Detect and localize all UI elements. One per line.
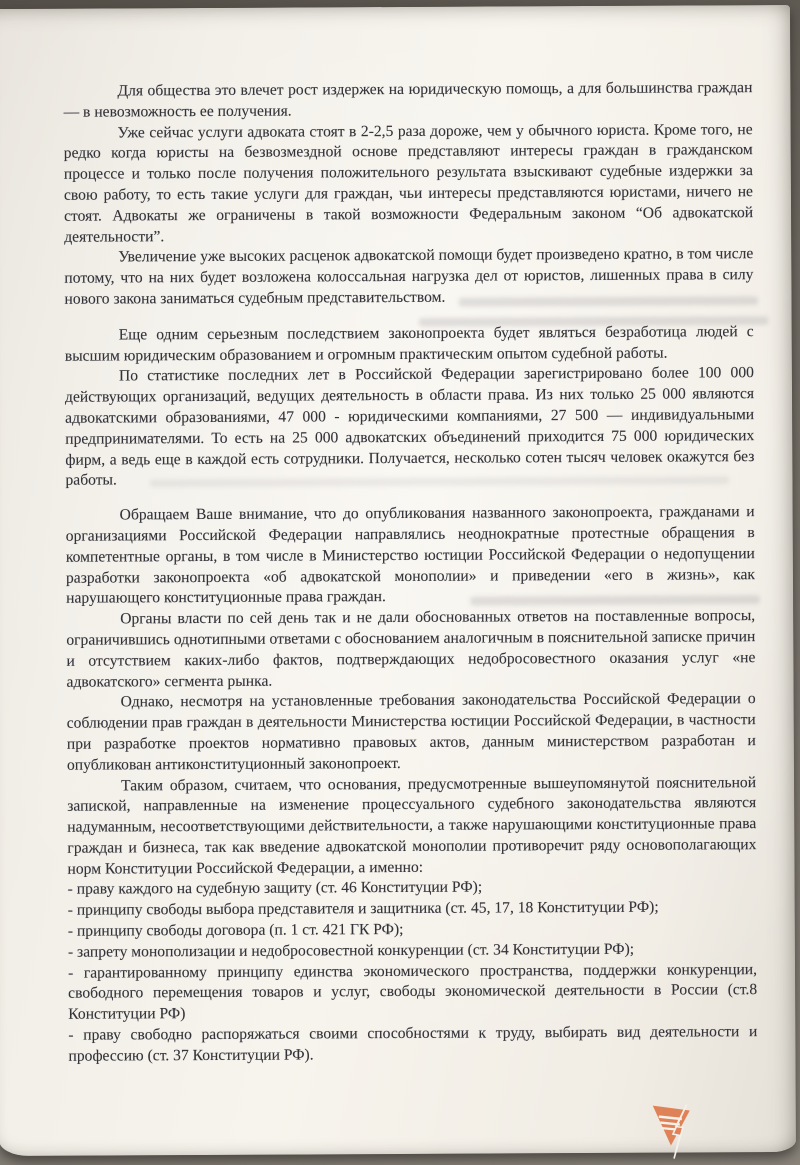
paragraph: Однако, несмотря на установленные требов… bbox=[67, 689, 756, 776]
list-item: - праву свободно распоряжаться своими сп… bbox=[68, 1022, 757, 1067]
paragraph: Таким образом, считаем, что основания, п… bbox=[67, 773, 757, 881]
paragraph: Еще одним серьезным последствием законоп… bbox=[65, 322, 754, 367]
paragraph: Уже сейчас услуги адвоката стоят в 2-2,5… bbox=[64, 120, 754, 248]
logo-watermark bbox=[647, 1100, 697, 1160]
bleed-through-text bbox=[459, 296, 759, 307]
bleed-through-text bbox=[419, 316, 769, 327]
paragraph: Для общества это влечет рост издержек на… bbox=[63, 78, 752, 123]
paragraph: По статистике последних лет в Российской… bbox=[65, 363, 755, 491]
document-text: Для общества это влечет рост издержек на… bbox=[63, 78, 757, 1067]
scanned-page: Для общества это влечет рост издержек на… bbox=[0, 5, 796, 1156]
document-lightning-logo-icon bbox=[647, 1100, 697, 1160]
photo-background: { "page": { "background_color": "#6e6961… bbox=[0, 0, 800, 1165]
list-item: - принципу свободы выбора представителя … bbox=[68, 897, 757, 921]
paragraph: Обращаем Ваше внимание, что до опубликов… bbox=[66, 502, 756, 610]
constitutional-points-list: - праву каждого на судебную защиту (ст. … bbox=[68, 877, 758, 1068]
bleed-through-text bbox=[470, 595, 760, 606]
list-item: - гарантированному принципу единства эко… bbox=[68, 960, 757, 1026]
paragraph: Органы власти по сей день так и не дали … bbox=[66, 606, 755, 693]
